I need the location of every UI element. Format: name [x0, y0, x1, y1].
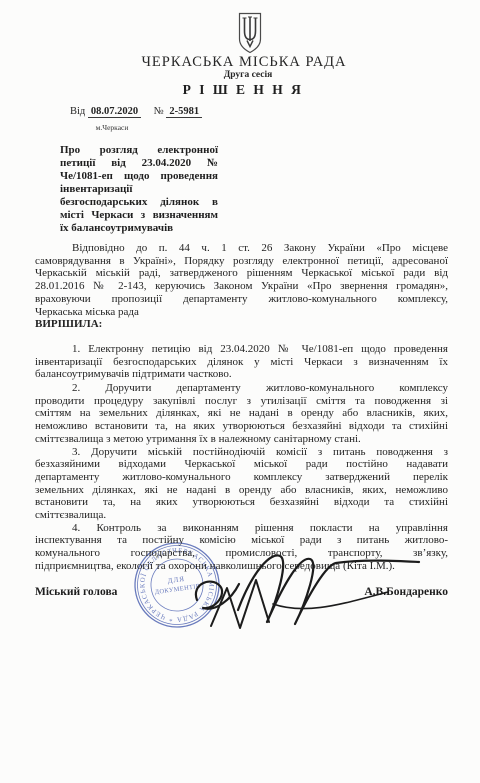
- text-line: неможливо встановити та, на яких утворюю…: [35, 420, 448, 433]
- signature-scribble: [183, 542, 433, 632]
- city-label: м.Черкаси: [84, 123, 140, 132]
- text-line: балансоутримувачів підтримати частково.: [35, 368, 448, 381]
- text-line: 2. Доручити департаменту житлово-комунал…: [35, 382, 448, 395]
- text-line: сміттєзвалища.: [35, 509, 448, 522]
- text-line: Про розгляд електронної: [60, 144, 218, 157]
- text-line: встановити та, на яких утворюються безха…: [35, 496, 448, 509]
- resolved-label: ВИРІШИЛА:: [35, 318, 448, 331]
- text-line: безгосподарських ділянок в: [60, 196, 218, 209]
- text-line: Че/1081-еп щодо проведення: [60, 170, 218, 183]
- number-sign: №: [154, 106, 164, 117]
- text-line: їх балансоутримувачів: [60, 222, 218, 235]
- text-line: проводити процедуру закупівлі послуг з у…: [35, 395, 448, 408]
- text-line: департаменту житлово-комунального компле…: [35, 471, 448, 484]
- text-line: безхазяйними відходами Черкаської місько…: [35, 458, 448, 471]
- text-line: Черкаська міська рада: [35, 306, 448, 319]
- text-line: 3. Доручити міській постійнодіючій коміс…: [35, 446, 448, 459]
- text-line: самоврядування в Україні», Порядку розгл…: [35, 255, 448, 268]
- text-line: Відповідно до п. 44 ч. 1 ст. 26 Закону У…: [35, 242, 448, 255]
- text-line: місті Черкаси з визначенням: [60, 209, 218, 222]
- doc-date: 08.07.2020: [88, 106, 141, 118]
- text-line: земельних ділянках, які не надані в орен…: [35, 484, 448, 497]
- text-line: 28.01.2016 № 2-143, керуючись Законом Ук…: [35, 280, 448, 293]
- subject-block: Про розгляд електронноїпетиції від 23.04…: [60, 144, 218, 235]
- text-line: інвентаризації: [60, 183, 218, 196]
- text-line: враховуючи пропозиції департаменту житло…: [35, 293, 448, 306]
- signatory-position: Міський голова: [35, 586, 117, 598]
- text-line: 1. Електронну петицію від 23.04.2020 № Ч…: [35, 343, 448, 356]
- document-type-title: Р І Ш Е Н Н Я: [0, 82, 480, 98]
- text-line: сміттям на земельних ділянках, які не на…: [35, 407, 448, 420]
- session-line: Друга сесія: [0, 70, 480, 80]
- trident-emblem-icon: [236, 12, 264, 54]
- resolution-item-3: 3. Доручити міській постійнодіючій коміс…: [35, 446, 448, 522]
- doc-meta-line: Від 08.07.2020 № 2-5981: [70, 106, 202, 117]
- body-text: Відповідно до п. 44 ч. 1 ст. 26 Закону У…: [35, 242, 448, 573]
- resolution-item-2: 2. Доручити департаменту житлово-комунал…: [35, 382, 448, 446]
- document-page: ЧЕРКАСЬКА МІСЬКА РАДА Друга сесія Р І Ш …: [0, 0, 480, 783]
- text-line: 4. Контроль за виконанням рішення поклас…: [35, 522, 448, 535]
- text-line: інвентаризації безгосподарських ділянок …: [35, 356, 448, 369]
- doc-number: 2-5981: [166, 106, 202, 118]
- from-label: Від: [70, 106, 85, 117]
- text-line: петиції від 23.04.2020 №: [60, 157, 218, 170]
- resolution-item-1: 1. Електронну петицію від 23.04.2020 № Ч…: [35, 343, 448, 381]
- text-line: сміттєзвалища з метою утримання їх в нал…: [35, 433, 448, 446]
- preamble-paragraph: Відповідно до п. 44 ч. 1 ст. 26 Закону У…: [35, 242, 448, 318]
- council-name: ЧЕРКАСЬКА МІСЬКА РАДА: [0, 54, 480, 71]
- text-line: Черкаській міській раді, затвердженого р…: [35, 267, 448, 280]
